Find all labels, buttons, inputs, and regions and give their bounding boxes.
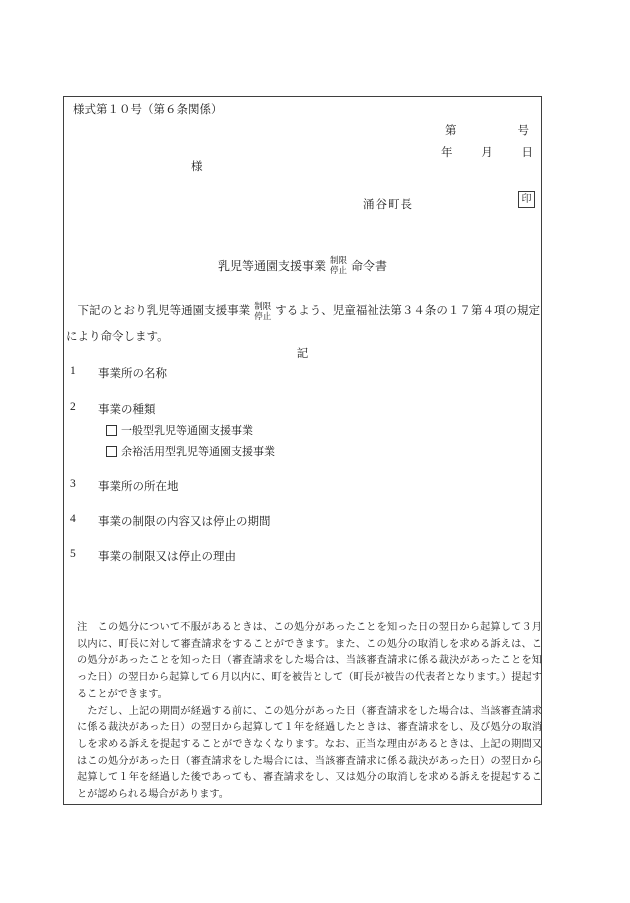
form-number: 様式第１０号（第６条関係） <box>73 101 223 117</box>
checkbox-label: 余裕活用型乳児等通園支援事業 <box>121 443 275 459</box>
checkbox-icon[interactable] <box>106 446 117 457</box>
item-number: 3 <box>70 478 98 494</box>
title-restriction-suspension-stack: 制限 停止 <box>330 255 347 275</box>
item-label: 事業の制限の内容又は停止の期間 <box>98 513 271 529</box>
lead-paragraph: 下記のとおり乳児等通園支援事業制限停止するよう、児童福祉法第３４条の１７第４項の… <box>66 298 540 350</box>
list-item-business-name: 1 事業所の名称 <box>70 365 167 381</box>
lead-restriction-suspension-stack: 制限停止 <box>254 301 271 321</box>
item-label: 事業の種類 <box>98 401 156 417</box>
item-number: 2 <box>70 401 98 417</box>
checkbox-icon[interactable] <box>106 425 117 436</box>
issue-number-prefix: 第 <box>445 122 457 138</box>
item-label: 事業所の所在地 <box>98 478 179 494</box>
item-number: 1 <box>70 365 98 381</box>
date-day-label: 日 <box>522 144 534 160</box>
seal-box: 印 <box>518 191 535 208</box>
addressee-suffix: 様 <box>191 158 203 174</box>
list-item-restriction-period: 4 事業の制限の内容又は停止の期間 <box>70 513 271 529</box>
date-line: 年 月 日 <box>441 144 533 160</box>
title-business-name: 乳児等通園支援事業 <box>218 257 326 274</box>
checkbox-label: 一般型乳児等通園支援事業 <box>121 422 253 438</box>
list-item-business-address: 3 事業所の所在地 <box>70 478 179 494</box>
list-item-restriction-reason: 5 事業の制限又は停止の理由 <box>70 548 236 564</box>
seal-mark: 印 <box>522 195 532 205</box>
lead-restriction-label: 制限 <box>254 301 271 311</box>
lead-text-before: 下記のとおり乳児等通園支援事業 <box>66 305 250 317</box>
title-suspension-label: 停止 <box>330 265 347 275</box>
item-number: 4 <box>70 513 98 529</box>
item-label: 事業の制限又は停止の理由 <box>98 548 236 564</box>
item-number: 5 <box>70 548 98 564</box>
item-label: 事業所の名称 <box>98 365 167 381</box>
appeal-note-paragraph-2: ただし、上記の期間が経過する前に、この処分があった日（審査請求をした場合は、当該… <box>77 704 542 804</box>
issue-number-line: 第 号 <box>445 122 529 138</box>
appeal-note-paragraph-1: 注 この処分について不服があるときは、この処分があったことを知った日の翌日から起… <box>77 620 542 704</box>
checkbox-option-general-type: 一般型乳児等通園支援事業 <box>106 422 253 438</box>
lead-suspension-label: 停止 <box>254 311 271 321</box>
issuer-name: 涌谷町長 <box>363 196 413 212</box>
checkbox-option-surplus-type: 余裕活用型乳児等通園支援事業 <box>106 443 275 459</box>
document-title: 乳児等通園支援事業 制限 停止 命令書 <box>64 253 541 277</box>
issue-number-suffix: 号 <box>518 122 530 138</box>
date-year-label: 年 <box>441 144 453 160</box>
date-month-label: 月 <box>481 144 493 160</box>
record-heading: 記 <box>64 345 541 361</box>
appeal-note: 注 この処分について不服があるときは、この処分があったことを知った日の翌日から起… <box>77 620 542 804</box>
title-restriction-label: 制限 <box>330 255 347 265</box>
title-order-label: 命令書 <box>351 257 387 274</box>
form-outer-border: 様式第１０号（第６条関係） 第 号 年 月 日 様 涌谷町長 印 乳児等通園支援… <box>63 96 542 805</box>
document-page: 様式第１０号（第６条関係） 第 号 年 月 日 様 涌谷町長 印 乳児等通園支援… <box>0 0 630 903</box>
list-item-business-type: 2 事業の種類 <box>70 401 156 417</box>
